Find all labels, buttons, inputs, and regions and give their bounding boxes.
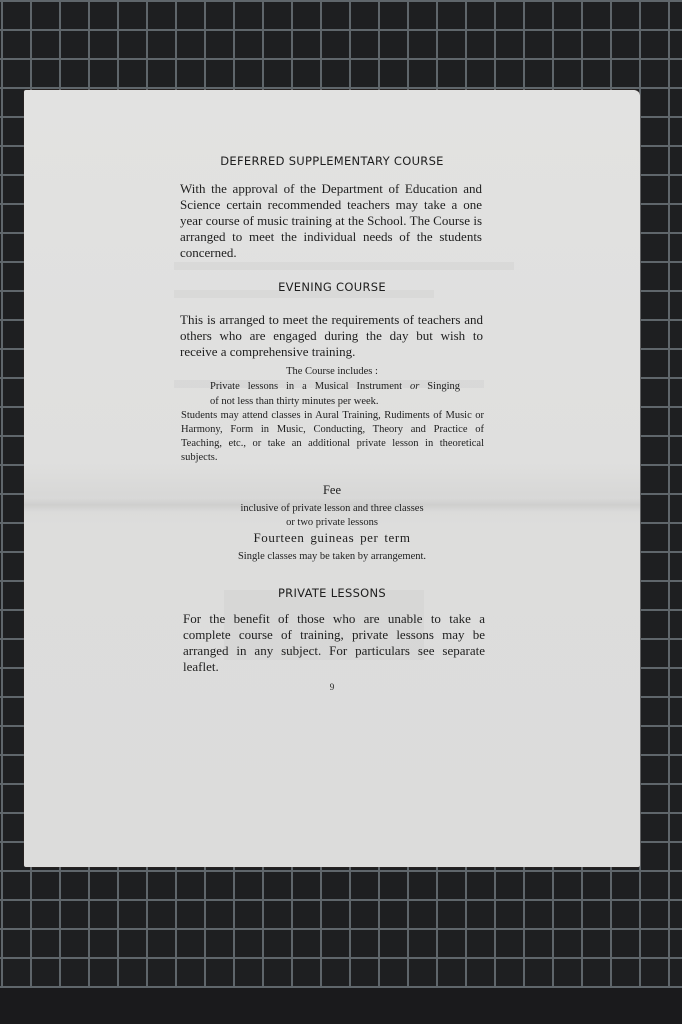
section-paragraph-evening: This is arranged to meet the requirement… xyxy=(180,312,483,360)
reverse-bleed-through xyxy=(174,262,514,270)
course-includes-item-line2: of not less than thirty minutes per week… xyxy=(210,395,379,409)
page-number: 9 xyxy=(24,682,640,692)
document-page: DEFERRED SUPPLEMENTARY COURSE With the a… xyxy=(24,90,640,867)
section-paragraph-deferred: With the approval of the Department of E… xyxy=(180,181,482,261)
course-includes-item: Private lessons in a Musical Instrument … xyxy=(210,380,460,394)
section-paragraph-private-lessons: For the benefit of those who are unable … xyxy=(183,611,485,675)
includes-item-or: or xyxy=(410,381,419,392)
section-heading-private-lessons: PRIVATE LESSONS xyxy=(24,586,640,600)
course-includes-label: The Course includes : xyxy=(24,365,640,379)
section-heading-evening: EVENING COURSE xyxy=(24,280,640,294)
classes-note: Students may attend classes in Aural Tra… xyxy=(181,409,484,465)
includes-item-text-end: Singing xyxy=(419,381,460,392)
fee-line-1: inclusive of private lesson and three cl… xyxy=(24,502,640,516)
fee-amount: Fourteen guineas per term xyxy=(24,530,640,546)
section-heading-deferred: DEFERRED SUPPLEMENTARY COURSE xyxy=(24,154,640,168)
includes-item-text: Private lessons in a Musical Instrument xyxy=(210,381,410,392)
fee-heading: Fee xyxy=(24,483,640,498)
mat-edge xyxy=(0,988,682,1024)
fee-line-2: or two private lessons xyxy=(24,516,640,530)
fee-note: Single classes may be taken by arrangeme… xyxy=(24,550,640,564)
